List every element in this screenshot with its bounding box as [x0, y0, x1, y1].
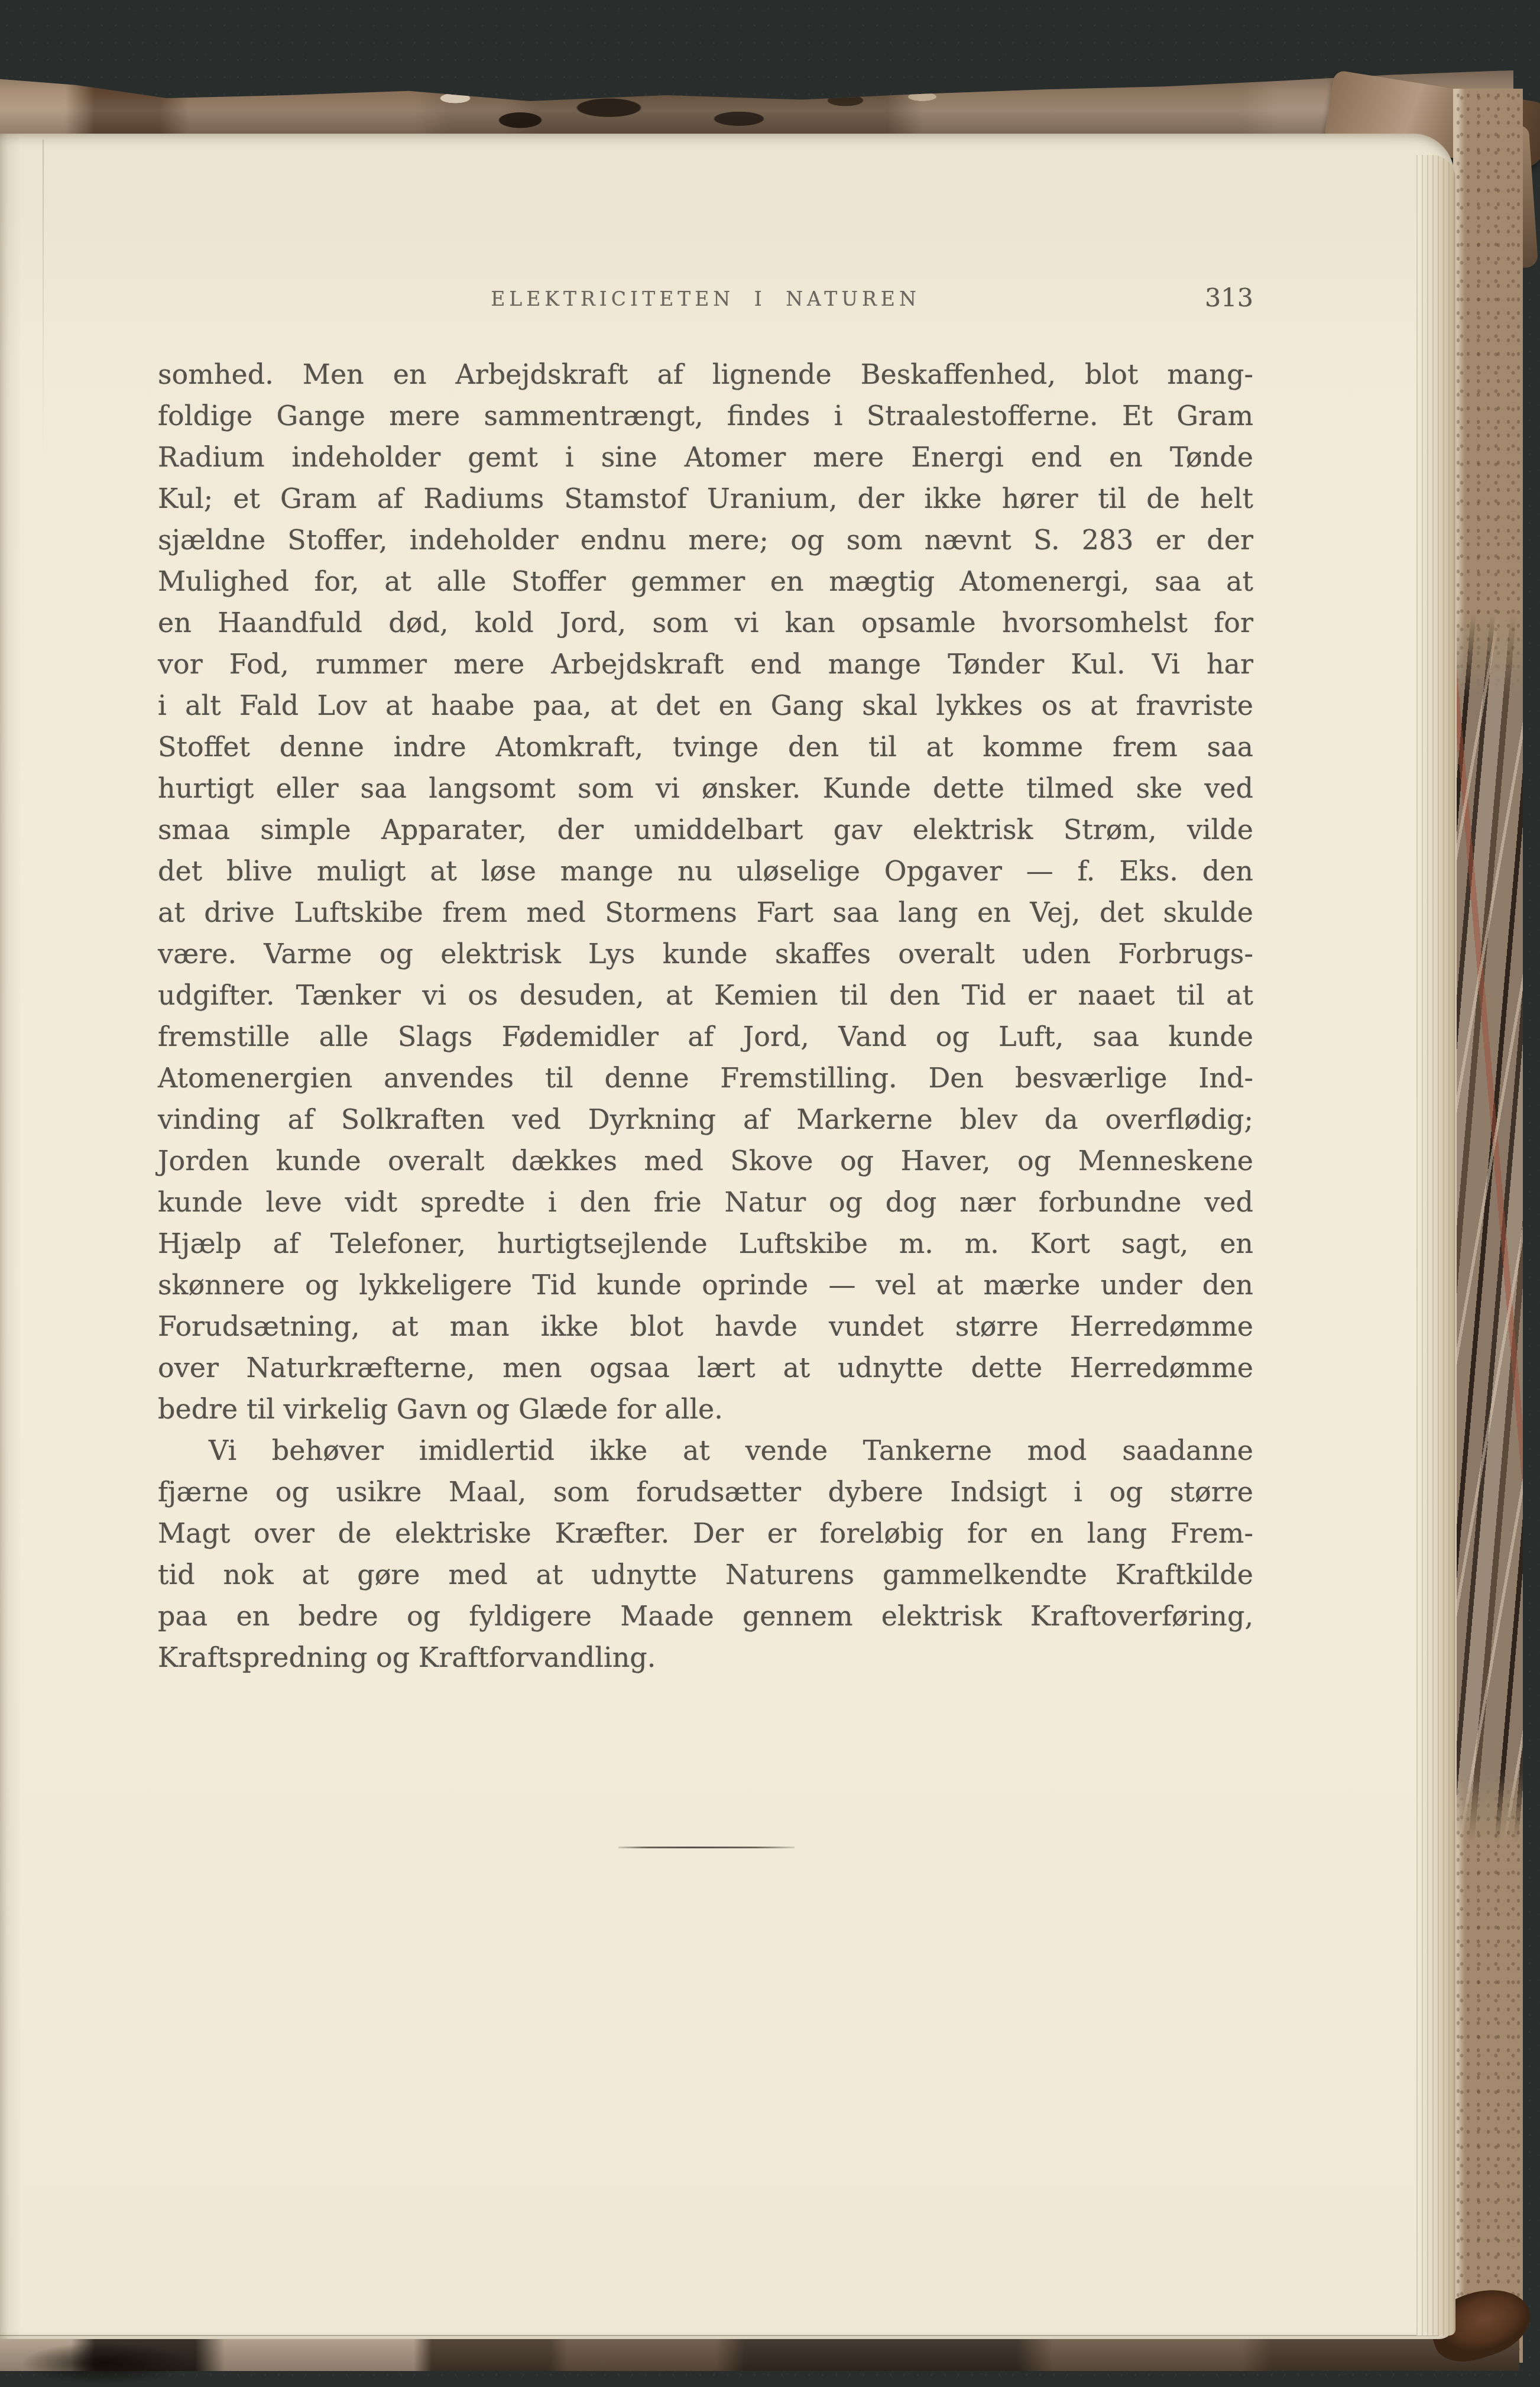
text-line: sjældne Stoffer, indeholder endnu mere; … [158, 519, 1253, 561]
text-line: Forudsætning, at man ikke blot havde vun… [158, 1306, 1253, 1347]
text-line: bedre til virkelig Gavn og Glæde for all… [158, 1388, 1253, 1430]
leather-wear-bottom [1453, 1771, 1523, 2363]
text-line: hurtigt eller saa langsomt som vi ønsker… [158, 767, 1253, 809]
text-line: vor Fod, rummer mere Arbejdskraft end ma… [158, 643, 1253, 685]
text-line: paa en bedre og fyldigere Maade gennem e… [158, 1595, 1253, 1637]
text-line: smaa simple Apparater, der umiddelbart g… [158, 809, 1253, 850]
text-line: Radium indeholder gemt i sine Atomer mer… [158, 436, 1253, 478]
leather-wear-top [1453, 89, 1523, 698]
text-line: Atomenergien anvendes til denne Fremstil… [158, 1057, 1253, 1099]
text-line: det blive muligt at løse mange nu uløsel… [158, 850, 1253, 892]
text-line: Stoffet denne indre Atomkraft, tvinge de… [158, 726, 1253, 767]
text-column: somhed. Men en Arbejdskraft af lignende … [158, 354, 1253, 1678]
text-line: Kraftspredning og Kraftforvandling. [158, 1637, 1253, 1678]
shadow-blotch-bottom-left [21, 2343, 187, 2384]
text-line: Jorden kunde overalt dækkes med Skove og… [158, 1140, 1253, 1181]
paragraph: Vi behøver imidlertid ikke at vende Tank… [158, 1430, 1253, 1678]
page-stack-edge [1416, 155, 1455, 2336]
text-line: være. Varme og elektrisk Lys kunde skaff… [158, 933, 1253, 974]
text-line: udgifter. Tænker vi os desuden, at Kemie… [158, 974, 1253, 1016]
paragraph: somhed. Men en Arbejdskraft af lignende … [158, 354, 1253, 1430]
text-line: kunde leve vidt spredte i den frie Natur… [158, 1181, 1253, 1223]
text-line: at drive Luftskibe frem med Stormens Far… [158, 892, 1253, 933]
text-line: Magt over de elektriske Kræfter. Der er … [158, 1512, 1253, 1554]
text-line: fjærne og usikre Maal, som forudsætter d… [158, 1471, 1253, 1512]
text-line: Mulighed for, at alle Stoffer gemmer en … [158, 561, 1253, 602]
text-line: fremstille alle Slags Fødemidler af Jord… [158, 1016, 1253, 1057]
section-divider-rule [618, 1847, 795, 1848]
book-cover-top-edge [0, 67, 1513, 141]
text-line: Kul; et Gram af Radiums Stamstof Uranium… [158, 478, 1253, 519]
text-line: foldige Gange mere sammentrængt, findes … [158, 395, 1253, 436]
text-line: over Naturkræfterne, men ogsaa lært at u… [158, 1347, 1253, 1388]
text-line: vinding af Solkraften ved Dyrkning af Ma… [158, 1099, 1253, 1140]
text-line: i alt Fald Lov at haabe paa, at det en G… [158, 685, 1253, 726]
page-crease [43, 140, 44, 459]
text-line: Vi behøver imidlertid ikke at vende Tank… [158, 1430, 1253, 1471]
book-cover-bottom-edge [0, 2334, 1519, 2371]
scanned-book-photo: ELEKTRICITETEN I NATUREN 313 somhed. Men… [0, 0, 1540, 2387]
text-line: skønnere og lykkeligere Tid kunde oprind… [158, 1264, 1253, 1306]
book-cover-right-edge-marbled [1453, 89, 1523, 2363]
page-number: 313 [158, 283, 1253, 313]
text-line: Hjælp af Telefoner, hurtigtsejlende Luft… [158, 1223, 1253, 1264]
text-line: somhed. Men en Arbejdskraft af lignende … [158, 354, 1253, 395]
text-line: en Haandfuld død, kold Jord, som vi kan … [158, 602, 1253, 643]
text-line: tid nok at gøre med at udnytte Naturens … [158, 1554, 1253, 1595]
